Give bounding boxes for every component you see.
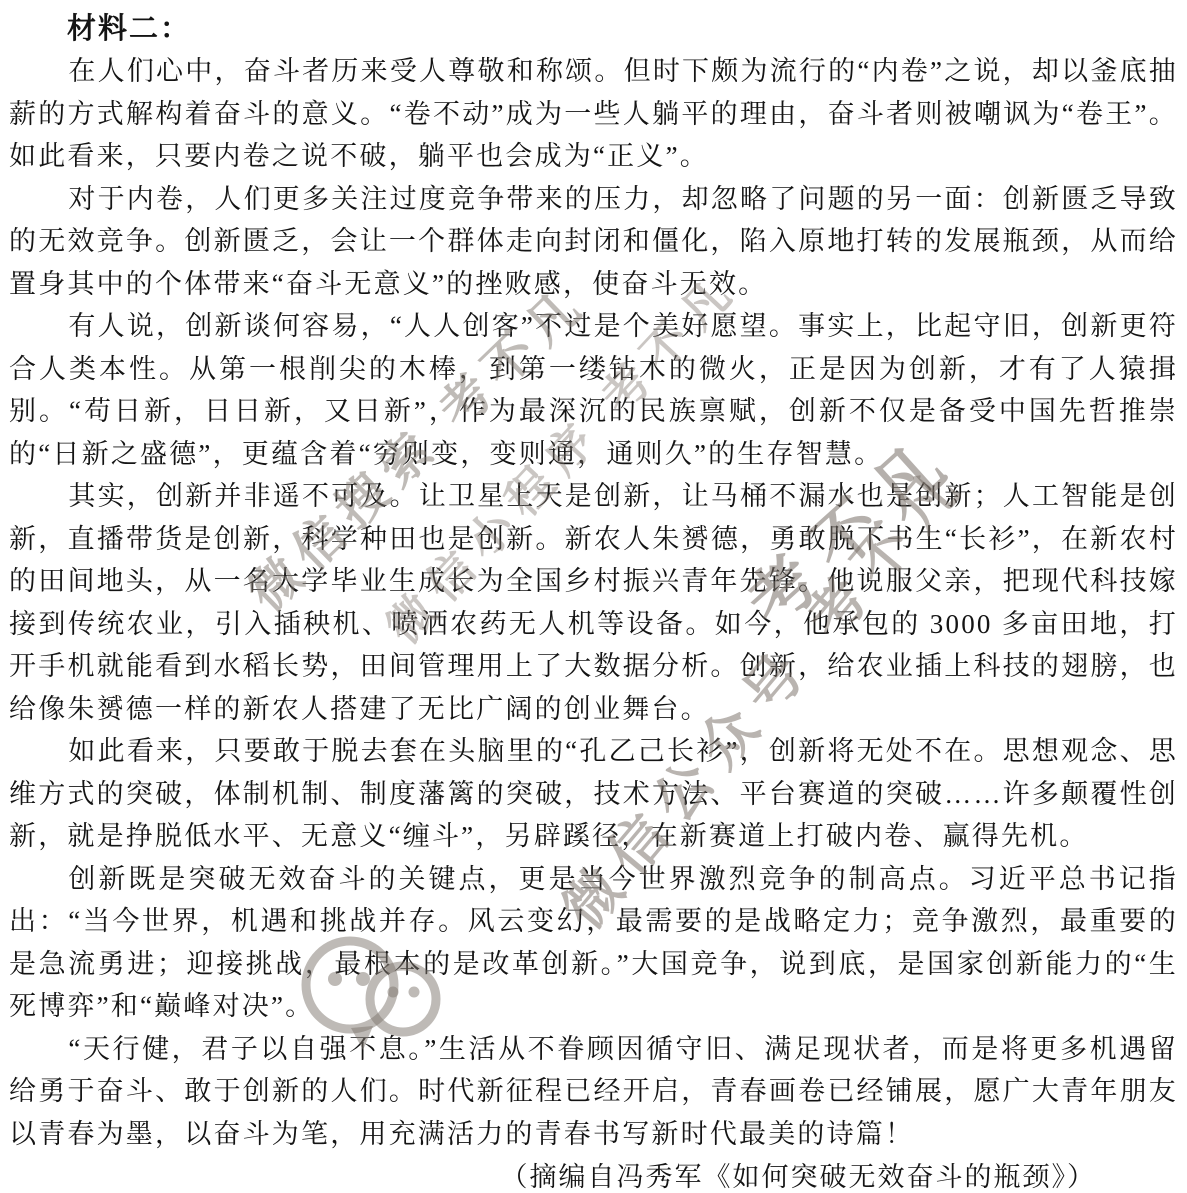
paragraph-7: “天行健，君子以自强不息。”生活从不眷顾因循守旧、满足现状者，而是将更多机遇留给… [9,1028,1178,1156]
paragraph-1: 在人们心中，奋斗者历来受人尊敬和称颂。但时下颇为流行的“内卷”之说，却以釜底抽薪… [9,50,1178,178]
material-heading: 材料二： [67,8,1178,50]
document-content: 材料二： 在人们心中，奋斗者历来受人尊敬和称颂。但时下颇为流行的“内卷”之说，却… [0,0,1187,1193]
paragraph-6: 创新既是突破无效奋斗的关键点，更是当今世界激烈竞争的制高点。习近平总书记指出：“… [9,858,1178,1028]
paragraph-2: 对于内卷，人们更多关注过度竞争带来的压力，却忽略了问题的另一面：创新匮乏导致的无… [9,178,1178,306]
paragraph-3: 有人说，创新谈何容易，“人人创客”不过是个美好愿望。事实上，比起守旧，创新更符合… [9,305,1178,475]
paragraph-4: 其实，创新并非遥不可及。让卫星上天是创新，让马桶不漏水也是创新；人工智能是创新，… [9,475,1178,730]
document-page: 微信搜索 考不凡 微信小程序 考不凡 考不凡 微信公众号 考不凡 材料二： 在人… [0,0,1187,1193]
paragraph-5: 如此看来，只要敢于脱去套在头脑里的“孔乙己长衫”，创新将无处不在。思想观念、思维… [9,730,1178,858]
source-attribution: （摘编自冯秀军《如何突破无效奋斗的瓶颈》） [9,1155,1178,1193]
